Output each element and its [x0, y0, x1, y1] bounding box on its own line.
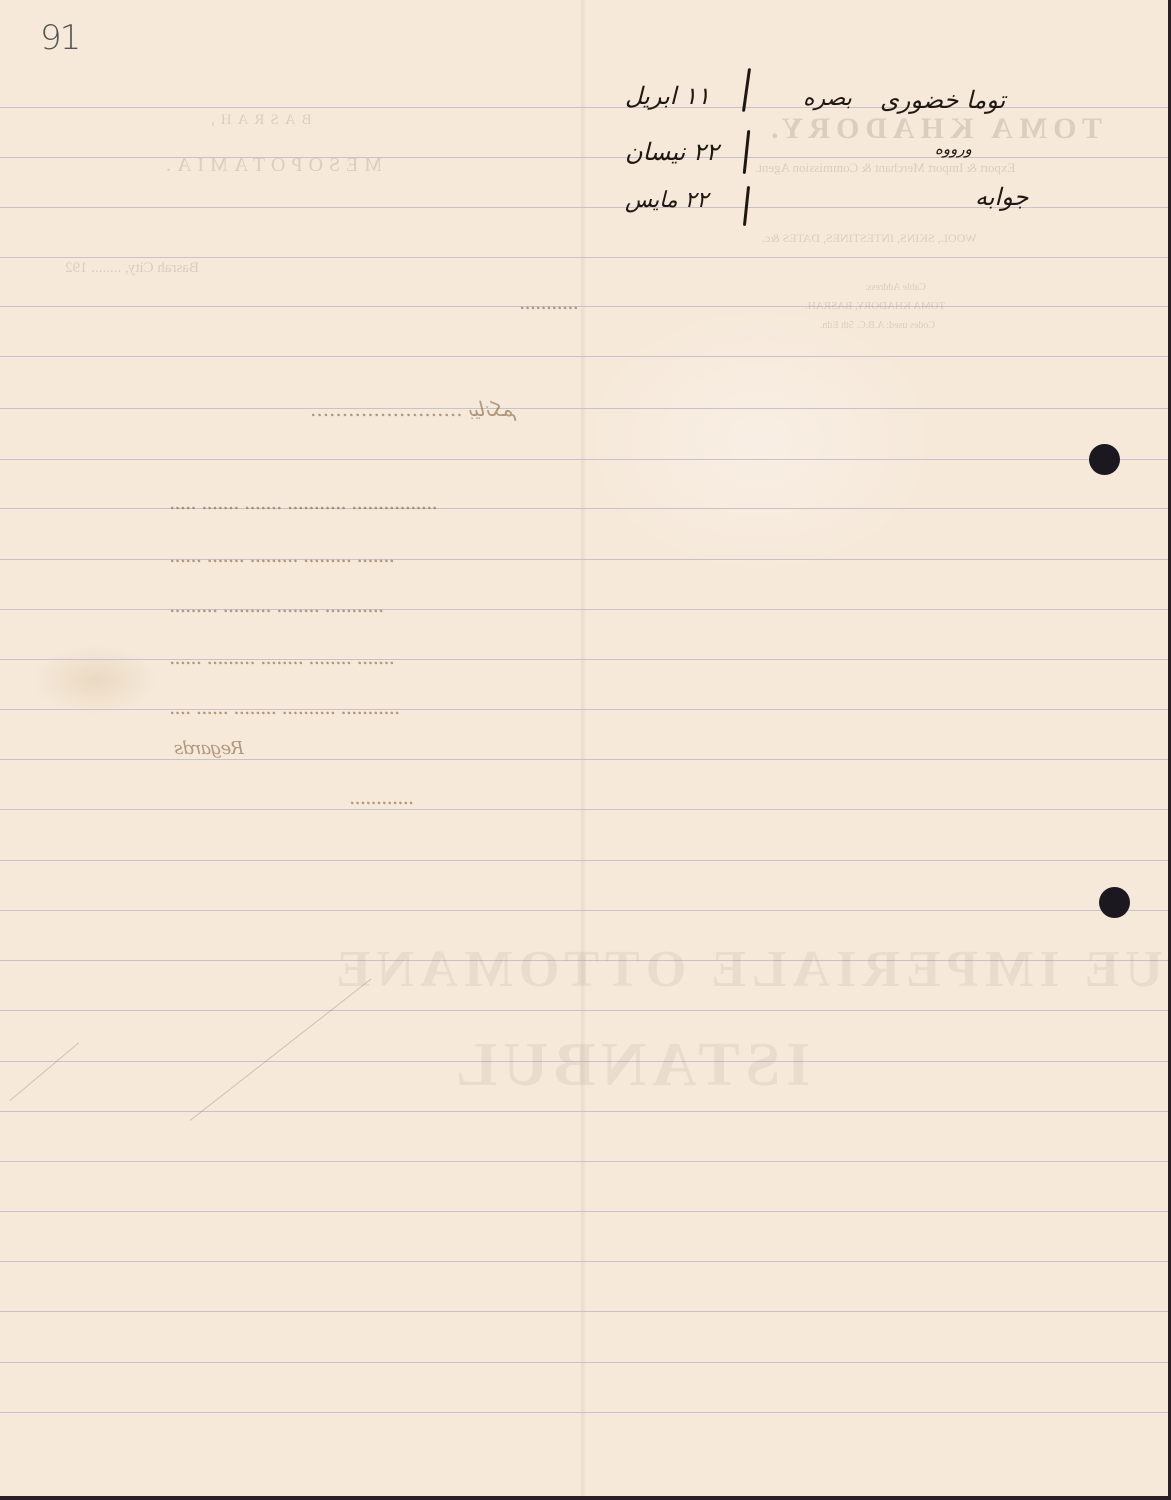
- ruled-line: [0, 1261, 1168, 1262]
- ruled-line: [0, 860, 1168, 861]
- ruled-line: [0, 306, 1168, 307]
- pencil-stroke: [10, 1042, 80, 1101]
- letterhead-goods: WOOL, SKINS, INTESTINES, DATES &c.: [762, 231, 977, 246]
- letter-line: بیانکم ........................: [310, 397, 517, 421]
- letter-salutation: ...........: [520, 290, 579, 314]
- ruled-line: [0, 1111, 1168, 1112]
- tally-mark: [743, 130, 751, 174]
- letterhead-cable-name: TOMA KHADORY, BASRAH.: [805, 300, 945, 312]
- ruled-line: [0, 1010, 1168, 1011]
- ruled-line: [0, 809, 1168, 810]
- ruled-line: [0, 1161, 1168, 1162]
- annotation-date-1: ۱۱ ابریل: [625, 82, 710, 110]
- ruled-line: [0, 1311, 1168, 1312]
- folio-number: 91: [40, 18, 79, 58]
- letterhead-cable-line: Cable Address:: [865, 282, 926, 293]
- watermark-line-2: ISTANBUL: [450, 1030, 810, 1101]
- annotation-date-3: ۲۲ مایس: [625, 188, 708, 213]
- tally-mark: [742, 68, 751, 112]
- letter-line: ....... ........ ........ ......... ....…: [170, 645, 395, 669]
- ruled-line: [0, 1412, 1168, 1413]
- ruled-line: [0, 356, 1168, 357]
- letter-line: ....... ......... ......... ....... ....…: [170, 543, 395, 567]
- letterhead-date-line: Basrah City, ........ 192: [65, 260, 199, 277]
- watermark-line-1: BANQUE IMPERIALE OTTOMANE: [330, 940, 1168, 999]
- ruled-line: [0, 459, 1168, 460]
- letter-line: ........... ........ ......... .........: [170, 593, 384, 617]
- annotation-name: توما خضوری: [880, 86, 1005, 114]
- annotation-row-3: جوابه: [975, 183, 1028, 211]
- ruled-line: [0, 910, 1168, 911]
- ruled-line: [0, 257, 1168, 258]
- punch-hole: [1099, 887, 1130, 918]
- letter-closing: Regards: [175, 738, 244, 759]
- punch-hole: [1089, 444, 1120, 475]
- ruled-line: [0, 1211, 1168, 1212]
- ruled-line: [0, 1362, 1168, 1363]
- document-page: 91 BASRAH, MESOPOTAMIA. TOMA KHADORY. Ex…: [0, 0, 1168, 1496]
- letter-signature: ............: [350, 785, 414, 809]
- letterhead-city: BASRAH,: [205, 112, 312, 129]
- letter-line: ................ ........... ....... ...…: [170, 490, 438, 514]
- letterhead-code-line: Codes used: A.B.C. 5th Edn.: [820, 320, 935, 331]
- annotation-date-2: ۲۲ نیسان: [625, 138, 719, 166]
- letterhead-company: TOMA KHADORY.: [765, 112, 1102, 146]
- ruled-line: [0, 759, 1168, 760]
- annotation-place: بصره: [803, 86, 852, 111]
- annotation-row-2: ورووه: [935, 140, 972, 158]
- tally-mark: [743, 186, 750, 226]
- letter-line: ........... .......... ........ ...... .…: [170, 695, 400, 719]
- letterhead-region: MESOPOTAMIA.: [160, 154, 382, 177]
- letterhead-business-line: Export & Import Merchant & Commission Ag…: [755, 160, 1015, 176]
- ruled-line: [0, 408, 1168, 409]
- pencil-stroke: [190, 979, 372, 1121]
